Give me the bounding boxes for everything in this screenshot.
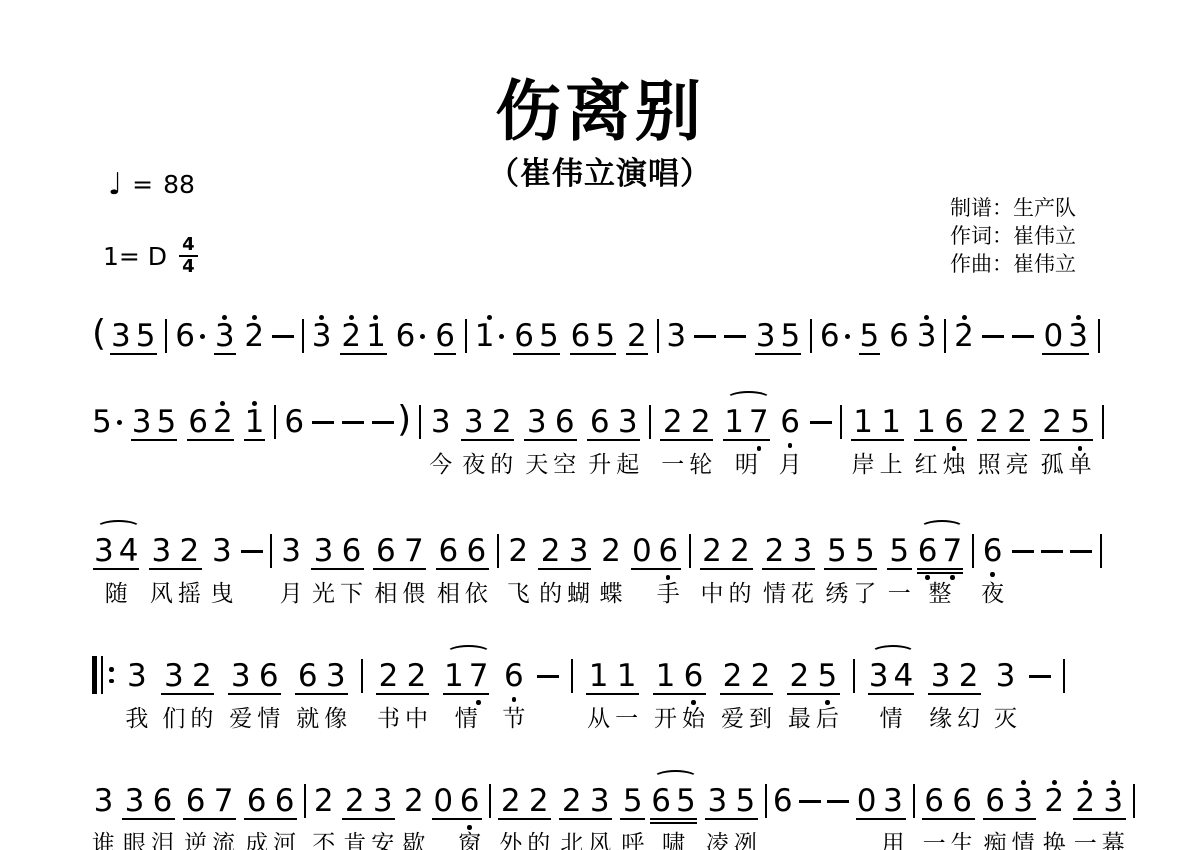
note-digit-row: 2	[751, 660, 771, 692]
barline	[1102, 405, 1104, 439]
dash-note	[724, 335, 746, 338]
beam-line	[660, 439, 713, 441]
lyric-syllable: 蝶	[600, 581, 623, 607]
octave-dot-below	[788, 443, 793, 448]
note-digit-row: 5	[860, 320, 880, 352]
note-digit-row: 2	[790, 660, 810, 692]
note-digit-row: 0	[632, 535, 652, 567]
note-digit: 6	[175, 320, 195, 352]
beam-line	[524, 439, 577, 441]
lyric-syllable: 岸	[852, 452, 875, 478]
note-digit: 2	[627, 320, 647, 352]
beam-group-notes: 5呼	[619, 777, 646, 850]
beam-group-notes: 06手	[630, 527, 682, 607]
note: 5呼	[621, 777, 644, 850]
beam-line	[650, 818, 696, 820]
beam-line	[983, 818, 1036, 820]
barline	[419, 405, 421, 439]
note: 6月	[779, 398, 802, 478]
note-digit: 2	[954, 320, 974, 352]
beam-group: 03	[1041, 312, 1089, 366]
note-digit-row: 5	[92, 406, 122, 438]
lyric-syllable: 夜	[462, 452, 485, 478]
beam-group-notes: 21	[339, 312, 387, 366]
note: 2	[213, 398, 233, 452]
note-digit-row: 2	[508, 535, 528, 567]
note-digit: 2	[379, 660, 399, 692]
note-digit-row: 6	[466, 535, 486, 567]
repeat-dot	[109, 679, 114, 684]
lyric-syllable: 书	[377, 706, 400, 732]
lyric-syllable: 下	[340, 581, 363, 607]
note: 2换	[1043, 777, 1066, 850]
note-digit-row: 2	[730, 535, 750, 567]
note-digit: 6	[259, 660, 279, 692]
lyric-syllable: 情	[442, 706, 490, 732]
barline	[302, 319, 304, 353]
beam-group-notes: 35	[754, 312, 802, 366]
note-digit: 2	[765, 535, 785, 567]
note: 3安	[371, 777, 394, 850]
lyric-syllable: 的	[190, 706, 213, 732]
note: 5	[780, 312, 800, 366]
note-digit-row: 2	[691, 406, 711, 438]
note: 3	[312, 312, 332, 366]
note: 6生	[951, 777, 974, 850]
note: 2歇	[402, 777, 425, 850]
note-digit-row: 6	[186, 785, 206, 817]
beam-group: 3们2的	[160, 652, 215, 732]
note-digit-row: 6	[780, 406, 800, 438]
note-digit-row: 2	[959, 660, 979, 692]
note-digit: 2	[601, 535, 621, 567]
beam-group: 35	[754, 312, 802, 366]
dash-note	[1012, 335, 1034, 338]
lyric-syllable: 亮	[1006, 452, 1029, 478]
note-digit: 2	[404, 785, 424, 817]
note-digit-row: 7	[749, 406, 769, 438]
note: 2飞	[507, 527, 530, 607]
beam-group-notes: 6就3像	[294, 652, 349, 732]
lyric-syllable: 呼	[621, 831, 644, 850]
lyric-syllable: 孤	[1041, 452, 1064, 478]
note: 0	[857, 777, 877, 850]
beam-group: 65	[569, 312, 617, 366]
barline	[465, 319, 467, 353]
note-digit: 3	[431, 406, 451, 438]
barline	[944, 319, 946, 353]
note-digit: 6	[944, 406, 964, 438]
note: 2的	[729, 527, 752, 607]
note-digit: 3	[666, 320, 686, 352]
beam-group-notes: 3光6下	[310, 527, 365, 607]
note: 7偎	[402, 527, 425, 607]
lyric-syllable: 逆	[184, 831, 207, 850]
beam-line	[149, 568, 202, 570]
beam-group-notes: 2中2的	[699, 527, 754, 607]
note: 3曳	[210, 527, 233, 607]
note-digit: 4	[119, 535, 139, 567]
beam-line	[498, 818, 551, 820]
note: 2蝶	[600, 527, 623, 607]
note-digit: 1	[656, 660, 676, 692]
barline	[304, 784, 306, 818]
note-digit-row: 3	[152, 535, 172, 567]
beam-group-notes: 2一3幕	[1072, 777, 1127, 850]
lyric-syllable: 风	[588, 831, 611, 850]
beam-line	[787, 693, 840, 695]
note: 6	[889, 312, 909, 366]
note: 2摇	[178, 527, 201, 607]
tempo-bpm: 88	[163, 170, 195, 199]
lyric-syllable: 成	[245, 831, 268, 850]
note-digit-row: 3	[431, 406, 451, 438]
note-digit-row: 5	[827, 535, 847, 567]
note-digit-row: 6	[983, 535, 1003, 567]
note: 3灭	[994, 652, 1017, 732]
note-digit-row: 6	[889, 320, 909, 352]
note-digit-row: 2	[627, 320, 647, 352]
note: 6下	[340, 527, 363, 607]
beam-group-notes: 6升3起	[586, 398, 641, 478]
lyric-syllable: 们	[162, 706, 185, 732]
note-digit: 6	[186, 785, 206, 817]
note-digit-row: 2	[341, 320, 361, 352]
dash-note	[312, 421, 334, 424]
beam-group-notes: 6成6河	[243, 777, 298, 850]
lyric-syllable: 歇	[402, 831, 425, 850]
lyric-syllable: 后	[816, 706, 839, 732]
note: 2书	[377, 652, 400, 732]
beam-group-notes: 3缘2幻	[927, 652, 982, 732]
beam-group-notes: 5绣5了	[823, 527, 878, 607]
note-digit: 2	[663, 406, 683, 438]
note-cluster: (35	[92, 312, 158, 366]
note: 2的	[527, 777, 550, 850]
lyric-syllable: 相	[437, 581, 460, 607]
beam-line	[570, 353, 616, 355]
beam-group: 2外2的	[497, 777, 552, 850]
note: 6始	[682, 652, 705, 732]
note-digit-row: 4	[893, 660, 913, 692]
note-digit: 6	[438, 535, 458, 567]
note-digit-row: 1	[245, 406, 265, 438]
note-digit: 2	[702, 535, 722, 567]
note-digit: 6	[514, 320, 534, 352]
octave-dot-below-zone	[512, 692, 517, 706]
note: 3天	[525, 398, 548, 478]
note-digit-row: 3	[931, 660, 951, 692]
note-digit-row: 3	[917, 320, 937, 352]
time-signature-numerator: 4	[179, 236, 198, 257]
note-digit: 2	[341, 320, 361, 352]
note-digit-row: 6	[773, 785, 793, 817]
note-digit-row: 5	[1070, 406, 1090, 438]
lyric-syllable: 用	[882, 831, 905, 850]
note-digit-row: 2	[407, 660, 427, 692]
note-digit-row: 6	[684, 660, 704, 692]
note-digit-row: 2	[492, 406, 512, 438]
beam-group-notes: 1从1一	[585, 652, 640, 732]
note: 1	[475, 312, 505, 366]
barline	[657, 319, 659, 353]
beam-group: 2爱2到	[719, 652, 774, 732]
octave-dot-below	[512, 697, 517, 702]
lyric-syllable: 整	[916, 581, 964, 607]
note: 6	[284, 398, 304, 452]
note-digit: 2	[345, 785, 365, 817]
note-digit-row: 2	[314, 785, 334, 817]
note: 6泪	[151, 777, 174, 850]
note-digit-row: 3	[373, 785, 393, 817]
note: 2中	[701, 527, 724, 607]
note-digit: 5	[889, 535, 909, 567]
beam-group-notes: 1岸1上	[850, 398, 905, 478]
lyric-syllable: 曳	[210, 581, 233, 607]
system-line-5: 3谁3眼6泪6逆7流6成6河2不2肯3安2歇06窗2外2的2北3风5呼65啸3凌…	[92, 777, 1135, 850]
note: 3像	[324, 652, 347, 732]
credits-block: 制谱：生产队 作词：崔伟立 作曲：崔伟立	[950, 194, 1076, 278]
note: 3缘	[929, 652, 952, 732]
note: 1一	[615, 652, 638, 732]
beam-group-notes: 2北3风	[558, 777, 613, 850]
note-digit-row: 1	[475, 320, 505, 352]
note: 6	[175, 312, 205, 366]
barline	[1063, 659, 1065, 693]
note-digit: 1	[366, 320, 386, 352]
octave-dot-below-zone	[990, 567, 995, 581]
beam-line	[586, 693, 639, 695]
note: 2的	[490, 398, 513, 478]
note-digit: 3	[793, 535, 813, 567]
note-digit: 3	[464, 406, 484, 438]
note-digit-row: 5	[623, 785, 643, 817]
beam-line	[228, 693, 281, 695]
lyric-syllable: 肯	[343, 831, 366, 850]
note: 0	[433, 777, 453, 850]
note-digit: 1	[853, 406, 873, 438]
note-digit-row: 6	[284, 406, 304, 438]
lyric-syllable: 流	[212, 831, 235, 850]
beam-group-notes: 3	[213, 312, 237, 366]
note-digit: 2	[691, 406, 711, 438]
note: 7流	[212, 777, 235, 850]
note-digit-row: 6	[918, 535, 938, 567]
barline	[972, 534, 974, 568]
note: 5绣	[825, 527, 848, 607]
note-digit: 3	[917, 320, 937, 352]
note-digit: 3	[883, 785, 903, 817]
note: 3今	[429, 398, 452, 478]
barline	[497, 534, 499, 568]
note: 5冽	[734, 777, 757, 850]
note: 2最	[788, 652, 811, 732]
beam-group: 1岸1上	[850, 398, 905, 478]
note-digit-row: 3	[1013, 785, 1033, 817]
beam-group: 21	[339, 312, 387, 366]
note: 2情	[763, 527, 786, 607]
beam-line	[214, 353, 236, 355]
note: 2幻	[957, 652, 980, 732]
note-digit: 2	[508, 535, 528, 567]
lyric-syllable: 一	[615, 706, 638, 732]
beam-group-notes: 3们2的	[160, 652, 215, 732]
note-digit-row: 0	[857, 785, 877, 817]
beam-group-notes: 62	[186, 398, 234, 452]
lyric-syllable: 升	[588, 452, 611, 478]
note-digit-row: 2	[1044, 785, 1064, 817]
lyric-syllable: 明	[722, 452, 770, 478]
lyric-syllable: 花	[791, 581, 814, 607]
beam-group-notes: 35	[109, 312, 157, 366]
note: 2照	[978, 398, 1001, 478]
note: 3用	[882, 777, 905, 850]
note-digit-row: 2	[723, 660, 743, 692]
note-digit: 6	[658, 535, 678, 567]
beam-line	[620, 818, 645, 820]
note: 6	[514, 312, 534, 366]
beam-line-2	[650, 822, 696, 824]
beam-line	[559, 818, 612, 820]
note: 3们	[162, 652, 185, 732]
note-digit-row: 7	[943, 535, 963, 567]
beam-group: 2的3蝴	[537, 527, 592, 607]
note-digit: 3	[125, 785, 145, 817]
time-signature-denominator: 4	[182, 257, 195, 276]
beam-group: 1开6始	[652, 652, 707, 732]
dash-note	[1029, 675, 1051, 678]
note-digit: 0	[857, 785, 877, 817]
note: 1开	[654, 652, 677, 732]
beam-line	[244, 439, 266, 441]
beam-line	[513, 353, 559, 355]
beam-group: 35	[109, 312, 157, 366]
beam-group-notes: 1	[243, 398, 267, 452]
beam-group: 5绣5了	[823, 527, 878, 607]
note-digit-row: 6	[504, 660, 524, 692]
note-digit-row: 3	[883, 785, 903, 817]
octave-dot-below	[1078, 446, 1083, 451]
beam-line	[755, 353, 801, 355]
note-digit: 5	[1070, 406, 1090, 438]
note-digit-row: 3	[164, 660, 184, 692]
note-digit: 1	[475, 320, 495, 352]
beam-line	[626, 353, 648, 355]
note-digit: 3	[326, 660, 346, 692]
beam-line	[340, 353, 386, 355]
note: 0	[1043, 312, 1063, 366]
note: 2孤	[1041, 398, 1064, 478]
note-digit: 2	[730, 535, 750, 567]
note: 3起	[616, 398, 639, 478]
beam-group: 5	[858, 312, 882, 366]
barline	[649, 405, 651, 439]
beam-group-notes: 5一	[886, 527, 913, 607]
barline	[361, 659, 363, 693]
beam-line	[432, 818, 482, 820]
barline	[853, 659, 855, 693]
note-digit: 3	[590, 785, 610, 817]
beam-group-notes: 2一2轮	[659, 398, 714, 478]
system-line-3: 34随3风2摇3曳3月3光6下6相7偎6相6依2飞2的3蝴2蝶06手2中2的2情…	[92, 527, 1102, 607]
lyric-syllable: 爱	[229, 706, 252, 732]
note: 6	[820, 312, 850, 366]
lyric-syllable: 依	[465, 581, 488, 607]
note-digit: 3	[756, 320, 776, 352]
lyric-syllable: 起	[616, 452, 639, 478]
note-digit: 3	[281, 535, 301, 567]
repeat-dots	[109, 667, 114, 683]
note-digit: 6	[571, 320, 591, 352]
note: 6就	[296, 652, 319, 732]
note-digit-row: 5	[889, 535, 909, 567]
slur-arc	[920, 520, 965, 536]
note: 5	[595, 312, 615, 366]
lyric-syllable: 最	[788, 706, 811, 732]
beam-group: 1从1一	[585, 652, 640, 732]
beam-group: 3风2摇	[148, 527, 203, 607]
note-digit-row: 6	[298, 660, 318, 692]
note-digit: 6	[153, 785, 173, 817]
beam-group: 1	[243, 398, 267, 452]
note-cluster: )	[372, 398, 411, 438]
beam-group-notes: 3眼6泪	[121, 777, 176, 850]
note-digit-row: 3	[793, 535, 813, 567]
beam-group: 5一	[886, 527, 913, 607]
beam-group-notes: 1开6始	[652, 652, 707, 732]
note-digit-row: 3	[707, 785, 727, 817]
lyric-syllable: 情	[257, 706, 280, 732]
lyric-syllable: 啸	[649, 831, 697, 850]
lyric-syllable: 的	[527, 831, 550, 850]
lyric-syllable: 空	[553, 452, 576, 478]
note: 5	[156, 398, 176, 452]
beam-group: 6一6生	[921, 777, 976, 850]
beam-line	[824, 568, 877, 570]
note-digit: 5	[92, 406, 112, 438]
lyric-syllable: 不	[312, 831, 335, 850]
note-digit: 5	[595, 320, 615, 352]
beam-group: 6相7偎	[372, 527, 427, 607]
octave-dot-below	[666, 575, 671, 580]
beam-line	[131, 439, 177, 441]
beam-line	[1040, 439, 1093, 441]
beam-group-notes: 3天6空	[523, 398, 578, 478]
note-digit: 3	[869, 660, 889, 692]
dash-note	[694, 335, 716, 338]
beam-line	[434, 353, 456, 355]
note: 3眼	[123, 777, 146, 850]
note: 3凌	[706, 777, 729, 850]
note: 6依	[465, 527, 488, 607]
note: 3夜	[462, 398, 485, 478]
beam-group-notes: 3凌5冽	[704, 777, 759, 850]
note-digit: 3	[1068, 320, 1088, 352]
note-digit: 5	[136, 320, 156, 352]
note-digit-row: 6	[376, 535, 396, 567]
beam-line	[342, 818, 395, 820]
octave-dot-below	[825, 700, 830, 705]
note-digit: 6	[504, 660, 524, 692]
beam-group: 6相6依	[435, 527, 490, 607]
augmentation-dot	[200, 334, 205, 339]
credit-arranger: 制谱：生产队	[950, 194, 1076, 222]
note: 6相	[374, 527, 397, 607]
note-digit: 1	[589, 660, 609, 692]
beam-group: 3爱6情	[227, 652, 282, 732]
note-digit-row: 3	[1068, 320, 1088, 352]
note-digit-row: 6	[571, 320, 591, 352]
